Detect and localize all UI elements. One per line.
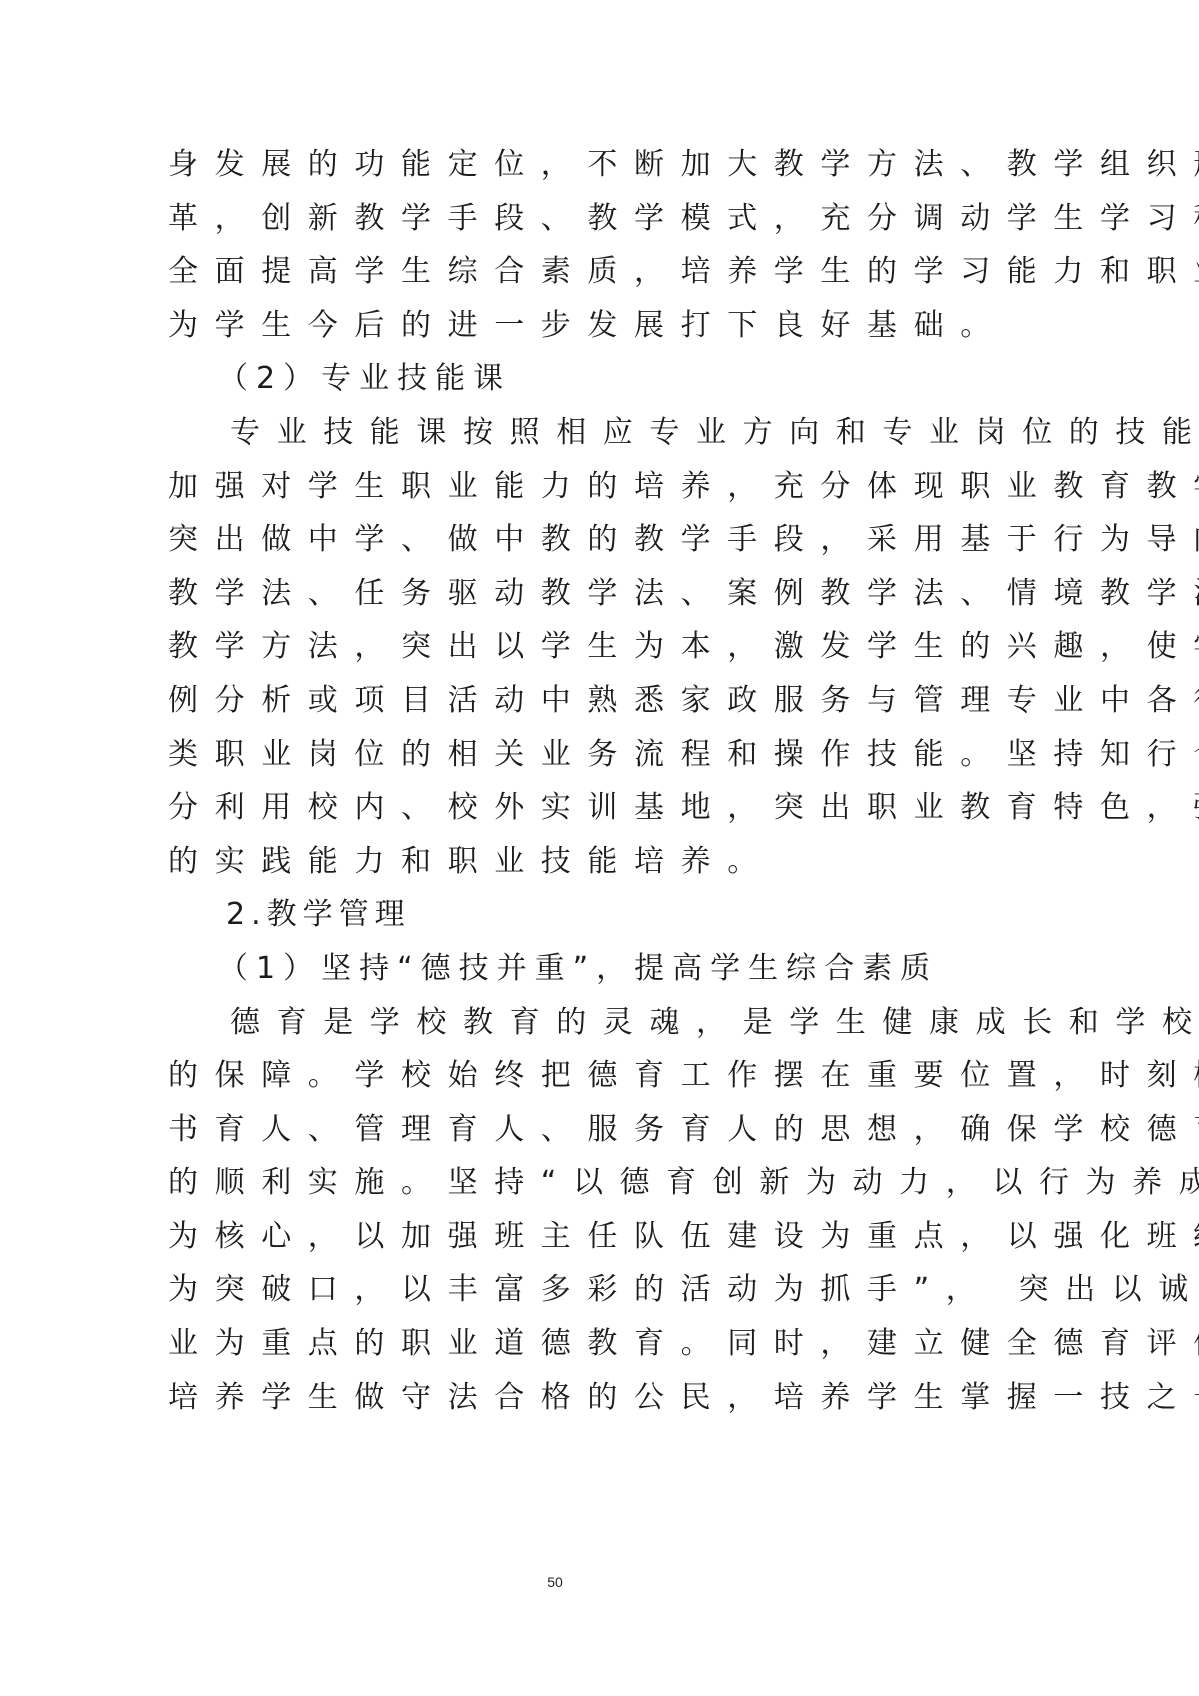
paragraph-line: 类职业岗位的相关业务流程和操作技能。坚持知行合一，充 [168,728,958,782]
paragraph-line: 加强对学生职业能力的培养，充分体现职业教育教学特色， [168,460,958,514]
paragraph-line: 书育人、管理育人、服务育人的思想，确保学校德育工作 [168,1103,958,1157]
paragraph-line: 的实践能力和职业技能培养。 [168,835,958,889]
section-heading-professional-skills: （2）专业技能课 [168,352,958,406]
paragraph-line: 的保障。学校始终把德育工作摆在重要位置，时刻树立教 [168,1049,958,1103]
page-number: 50 [0,1574,1110,1590]
document-page: 身发展的功能定位，不断加大教学方法、教学组织形式的改 革，创新教学手段、教学模式… [0,0,1199,1696]
paragraph-line: 分利用校内、校外实训基地，突出职业教育特色，强化学生 [168,781,958,835]
paragraph-line: 教学方法，突出以学生为本，激发学生的兴趣，使学生在案 [168,620,958,674]
paragraph-line: 教学法、任务驱动教学法、案例教学法、情境教学法等多种 [168,567,958,621]
paragraph-line: 的顺利实施。坚持“以德育创新为动力，以行为养成教育 [168,1156,958,1210]
subsection-heading-moral-skill: （1）坚持“德技并重”，提高学生综合素质 [168,942,958,996]
paragraph-line: 为核心，以加强班主任队伍建设为重点，以强化班级管理 [168,1210,958,1264]
section-heading-teaching-management: 2.教学管理 [168,888,958,942]
document-body: 身发展的功能定位，不断加大教学方法、教学组织形式的改 革，创新教学手段、教学模式… [168,138,958,1424]
paragraph-line: 全面提高学生综合素质，培养学生的学习能力和职业能力， [168,245,958,299]
paragraph-line: 培养学生做守法合格的公民，培养学生掌握一技之长的本领 [168,1371,958,1425]
paragraph-line: 突出做中学、做中教的教学手段，采用基于行为导向的项目 [168,513,958,567]
paragraph-line: 为突破口，以丰富多彩的活动为抓手”， 突出以诚信、敬 [168,1263,958,1317]
paragraph-line: 专业技能课按照相应专业方向和专业岗位的技能要求， [168,406,958,460]
paragraph-line: 身发展的功能定位，不断加大教学方法、教学组织形式的改 [168,138,958,192]
paragraph-line: 革，创新教学手段、教学模式，充分调动学生学习积极性， [168,192,958,246]
paragraph-line: 业为重点的职业道德教育。同时，建立健全德育评价机制， [168,1317,958,1371]
paragraph-line: 德育是学校教育的灵魂，是学生健康成长和学校工作 [168,996,958,1050]
paragraph-line: 为学生今后的进一步发展打下良好基础。 [168,299,958,353]
paragraph-line: 例分析或项目活动中熟悉家政服务与管理专业中各行业各 [168,674,958,728]
